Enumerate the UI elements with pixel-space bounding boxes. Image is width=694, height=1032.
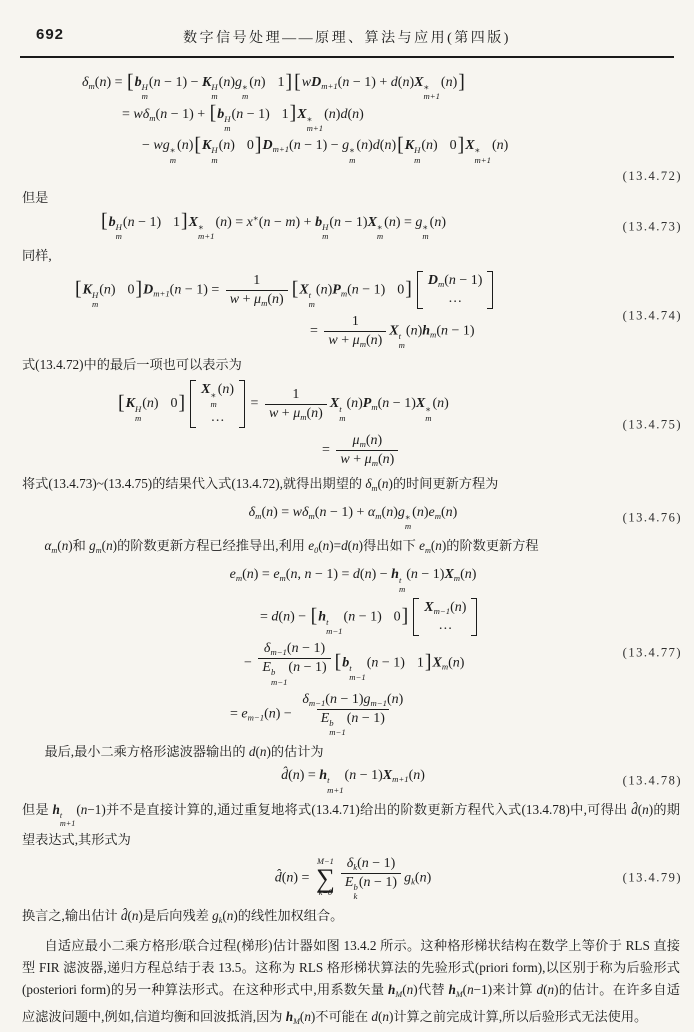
paragraph-alpha: αm(n)和 gm(n)的阶数更新方程已经推导出,利用 e0(n)=d(n)得出… (22, 535, 680, 562)
paragraph-tongyang: 同样, (22, 245, 680, 267)
equation-13-4-77-tag: (13.4.77) (623, 646, 682, 661)
equation-13-4-73: [bHm(n − 1)1]X∗m+1(n) = x∗(n − m) + bHm(… (22, 213, 684, 241)
paragraph-shi72: 式(13.4.72)中的最后一项也可以表示为 (22, 354, 680, 376)
page-header: 692 数字信号处理——原理、算法与应用(第四版) (22, 24, 672, 50)
equation-em: em(n) = em(n, n − 1) = d(n) − htm(n − 1)… (22, 566, 684, 594)
equation-13-4-72-line-2: = wδm(n − 1) + [bHm(n − 1)1]X∗m+1(n)d(n) (122, 106, 684, 134)
equation-13-4-79-line: d̂(n) = M−1∑k=0δk(n − 1)Ebk(n − 1)gk(n) (22, 855, 684, 901)
equation-13-4-77-line-3: = em−1(n) − δm−1(n − 1)gm−1(n)Ebm−1(n − … (230, 691, 684, 737)
equation-13-4-72-tag: (13.4.72) (22, 169, 682, 184)
equation-13-4-75-line-1: [KHm(n)0]X∗m(n)… = 1w + μm(n)Xtm(n)Pm(n … (117, 380, 684, 428)
equation-13-4-74: [KHm(n)0]Dm+1(n − 1) = 1w + μm(n)[Xtm(n)… (22, 271, 684, 350)
textbook-page: 692 数字信号处理——原理、算法与应用(第四版) δm(n) = [bHm(n… (0, 0, 694, 1032)
paragraph-danshi2: 但是 htm+1(n−1)并不是直接计算的,通过重复地将式(13.4.71)给出… (22, 799, 680, 851)
equation-13-4-75-tag: (13.4.75) (623, 417, 682, 432)
paragraph-zuihou: 最后,最小二乘方格形滤波器输出的 d(n)的估计为 (22, 741, 680, 763)
equation-13-4-72-line-1: δm(n) = [bHm(n − 1) − KHm(n)g∗m(n)1][wDm… (82, 74, 684, 102)
equation-13-4-77-line-1: = d(n) − [htm−1(n − 1)0]Xm−1(n)… (260, 598, 684, 637)
equation-13-4-77: = d(n) − [htm−1(n − 1)0]Xm−1(n)… − δm−1(… (22, 598, 684, 737)
equation-13-4-78-tag: (13.4.78) (623, 773, 682, 788)
equation-13-4-75-line-2: = μm(n)w + μm(n) (322, 432, 684, 469)
header-title: 数字信号处理——原理、算法与应用(第四版) (22, 24, 672, 47)
paragraph-huanyan: 换言之,输出估计 d̂(n)是后向残差 gk(n)的线性加权组合。 (22, 905, 680, 932)
equation-13-4-74-tag: (13.4.74) (623, 309, 682, 324)
equation-13-4-79-tag: (13.4.79) (623, 871, 682, 886)
equation-13-4-78-line: d̂(n) = htm+1(n − 1)Xm+1(n) (22, 767, 684, 795)
equation-13-4-73-line: [bHm(n − 1)1]X∗m+1(n) = x∗(n − m) + bHm(… (100, 213, 684, 241)
equation-em-line: em(n) = em(n, n − 1) = d(n) − htm(n − 1)… (22, 566, 684, 594)
paragraph-danshi: 但是 (22, 187, 680, 209)
equation-13-4-78: d̂(n) = htm+1(n − 1)Xm+1(n) (13.4.78) (22, 767, 684, 795)
page-content: δm(n) = [bHm(n − 1) − KHm(n)g∗m(n)1][wDm… (0, 58, 694, 1032)
equation-13-4-75: [KHm(n)0]X∗m(n)… = 1w + μm(n)Xtm(n)Pm(n … (22, 380, 684, 469)
equation-13-4-73-tag: (13.4.73) (623, 219, 682, 234)
paragraph-jiang: 将式(13.4.73)~(13.4.75)的结果代入式(13.4.72),就得出… (22, 473, 680, 500)
paragraph-final: 自适应最小二乘方格形/联合过程(梯形)估计器如图 13.4.2 所示。这种格形梯… (22, 935, 680, 1032)
equation-13-4-76-tag: (13.4.76) (623, 510, 682, 525)
equation-13-4-72-line-3: − wg∗m(n)[KHm(n)0]Dm+1(n − 1) − g∗m(n)d(… (142, 137, 684, 165)
equation-13-4-79: d̂(n) = M−1∑k=0δk(n − 1)Ebk(n − 1)gk(n) … (22, 855, 684, 901)
equation-13-4-74-line-1: [KHm(n)0]Dm+1(n − 1) = 1w + μm(n)[Xtm(n)… (74, 271, 684, 310)
equation-13-4-76: δm(n) = wδm(n − 1) + αm(n)g∗m(n)em(n) (1… (22, 504, 684, 532)
equation-13-4-76-line: δm(n) = wδm(n − 1) + αm(n)g∗m(n)em(n) (22, 504, 684, 532)
equation-13-4-77-line-2: − δm−1(n − 1)Ebm−1(n − 1)[btm−1(n − 1)1]… (244, 640, 684, 686)
equation-13-4-72: δm(n) = [bHm(n − 1) − KHm(n)g∗m(n)1][wDm… (22, 74, 684, 184)
page-number: 692 (36, 26, 64, 43)
